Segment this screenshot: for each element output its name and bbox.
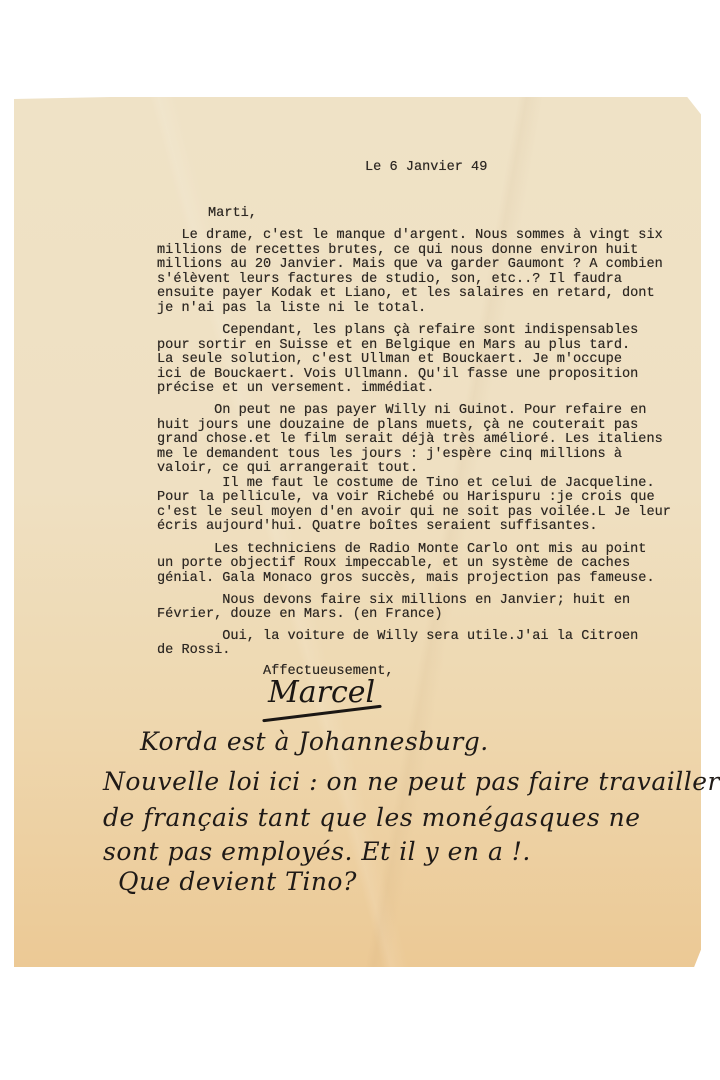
typed-line: c'est le seul moyen d'en avoir qui ne so… xyxy=(157,506,671,520)
typed-line: Oui, la voiture de Willy sera utile.J'ai… xyxy=(157,630,638,644)
letter-date: Le 6 Janvier 49 xyxy=(365,161,487,175)
typed-line: ensuite payer Kodak et Liano, et les sal… xyxy=(157,287,655,301)
handwritten-line: de français tant que les monégasques ne xyxy=(103,804,641,832)
typed-line: me le demandent tous les jours : j'espèr… xyxy=(157,448,622,462)
typed-line: je n'ai pas la liste ni le total. xyxy=(157,302,426,316)
typed-line: millions de recettes brutes, ce qui nous… xyxy=(157,244,638,258)
typed-line: ici de Bouckaert. Vois Ullmann. Qu'il fa… xyxy=(157,368,638,382)
handwritten-line: sont pas employés. Et il y en a !. xyxy=(103,838,531,866)
typed-line: un porte objectif Roux impeccable, et un… xyxy=(157,557,630,571)
typed-line: de Rossi. xyxy=(157,644,230,658)
typed-line: pour sortir en Suisse et en Belgique en … xyxy=(157,339,630,353)
typed-line: Le drame, c'est le manque d'argent. Nous… xyxy=(157,229,663,243)
handwritten-line: Korda est à Johannesburg. xyxy=(140,728,489,756)
typed-line: Février, douze en Mars. (en France) xyxy=(157,608,443,622)
typed-line: millions au 20 Janvier. Mais que va gard… xyxy=(157,258,663,272)
typed-line: écris aujourd'hui. Quatre boîtes seraien… xyxy=(157,520,598,534)
typed-line: Les techniciens de Radio Monte Carlo ont… xyxy=(157,543,646,557)
signature-text: Marcel xyxy=(268,675,375,710)
typed-line: s'élèvent leurs factures de studio, son,… xyxy=(157,273,622,287)
typed-line: Il me faut le costume de Tino et celui d… xyxy=(157,477,655,491)
typed-line: valoir, ce qui arrangerait tout. xyxy=(157,462,418,476)
typed-line: précise et un versement. immédiat. xyxy=(157,382,434,396)
letter-salutation: Marti, xyxy=(208,207,257,221)
handwritten-line: Nouvelle loi ici : on ne peut pas faire … xyxy=(103,768,720,796)
typed-line: grand chose.et le film serait déjà très … xyxy=(157,433,663,447)
typed-line: Nous devons faire six millions en Janvie… xyxy=(157,594,630,608)
typed-line: La seule solution, c'est Ullman et Bouck… xyxy=(157,353,622,367)
typed-line: Cependant, les plans çà refaire sont ind… xyxy=(157,324,638,338)
typed-line: On peut ne pas payer Willy ni Guinot. Po… xyxy=(157,404,646,418)
typed-line: huit jours une douzaine de plans muets, … xyxy=(157,419,638,433)
typed-line: génial. Gala Monaco gros succès, mais pr… xyxy=(157,572,655,586)
handwritten-line: Que devient Tino? xyxy=(118,868,357,896)
typed-line: Pour la pellicule, va voir Richebé ou Ha… xyxy=(157,491,655,505)
